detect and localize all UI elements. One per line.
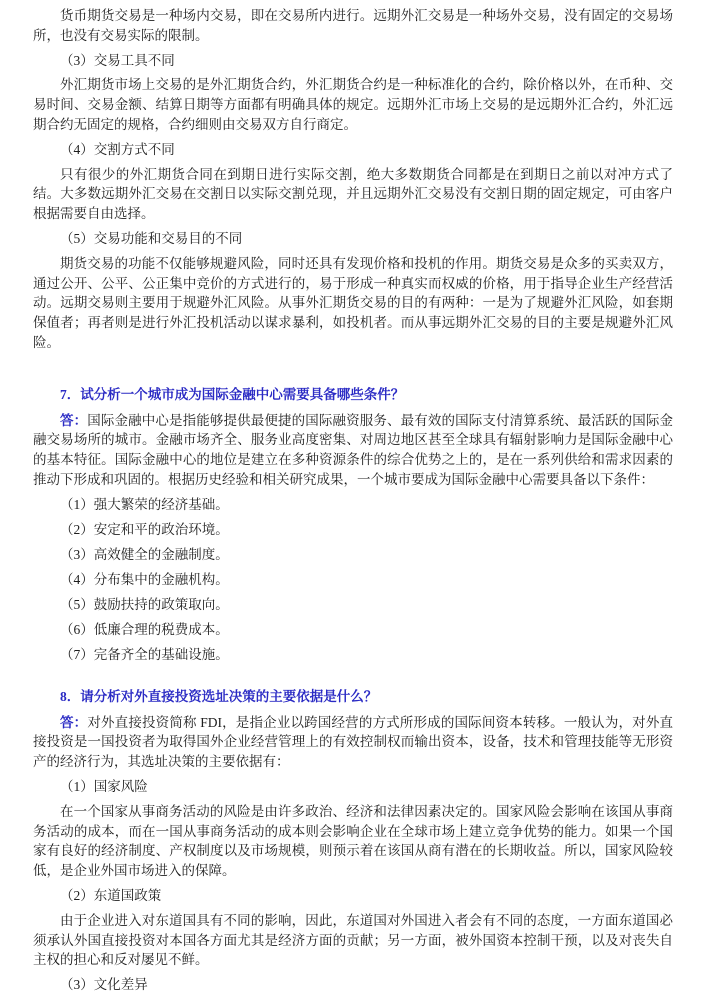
- subheading-host-country-policy: （2）东道国政策: [33, 886, 673, 906]
- paragraph-currency-futures: 货币期货交易是一种场内交易，即在交易所内进行。远期外汇交易是一种场外交易，没有固…: [33, 6, 673, 46]
- paragraph-host-country-policy: 由于企业进入对东道国具有不同的影响，因此，东道国对外国进入者会有不同的态度，一方…: [33, 911, 673, 970]
- question-7-heading: 7．试分析一个城市成为国际金融中心需要具备哪些条件？: [33, 385, 673, 405]
- list-item-4: （4）分布集中的金融机构。: [33, 567, 673, 592]
- subheading-difference-4: （4）交割方式不同: [33, 140, 673, 160]
- paragraph-trading-instruments: 外汇期货市场上交易的是外汇期货合约，外汇期货合约是一种标准化的合约，除价格以外，…: [33, 75, 673, 134]
- question-8-heading: 8．请分析对外直接投资选址决策的主要依据是什么？: [33, 687, 673, 707]
- subheading-difference-3: （3）交易工具不同: [33, 51, 673, 71]
- subheading-country-risk: （1）国家风险: [33, 777, 673, 797]
- answer-label: 答：: [60, 413, 87, 428]
- list-item-5: （5）鼓励扶持的政策取向。: [33, 592, 673, 617]
- answer-label: 答：: [60, 715, 87, 730]
- subheading-difference-5: （5）交易功能和交易目的不同: [33, 229, 673, 249]
- list-item-2: （2）安定和平的政治环境。: [33, 517, 673, 542]
- list-item-1: （1）强大繁荣的经济基础。: [33, 492, 673, 517]
- paragraph-delivery-method: 只有很少的外汇期货合同在到期日进行实际交割，绝大多数期货合同都是在到期日之前以对…: [33, 165, 673, 224]
- subheading-cultural-difference: （3）文化差异: [33, 975, 673, 995]
- document-page: 货币期货交易是一种场内交易，即在交易所内进行。远期外汇交易是一种场外交易，没有固…: [0, 0, 707, 995]
- conditions-list: （1）强大繁荣的经济基础。 （2）安定和平的政治环境。 （3）高效健全的金融制度…: [33, 492, 673, 667]
- paragraph-country-risk: 在一个国家从事商务活动的风险是由许多政治、经济和法律因素决定的。国家风险会影响在…: [33, 802, 673, 881]
- list-item-7: （7）完备齐全的基础设施。: [33, 642, 673, 667]
- answer-7-paragraph: 答：国际金融中心是指能够提供最便捷的国际融资服务、最有效的国际支付清算系统、最活…: [33, 411, 673, 490]
- answer-7-text: 国际金融中心是指能够提供最便捷的国际融资服务、最有效的国际支付清算系统、最活跃的…: [33, 413, 673, 487]
- list-item-3: （3）高效健全的金融制度。: [33, 542, 673, 567]
- paragraph-trading-purpose: 期货交易的功能不仅能够规避风险，同时还具有发现价格和投机的作用。期货交易是众多的…: [33, 254, 673, 353]
- answer-8-paragraph: 答：对外直接投资简称 FDI，是指企业以跨国经营的方式所形成的国际间资本转移。一…: [33, 713, 673, 772]
- list-item-6: （6）低廉合理的税费成本。: [33, 617, 673, 642]
- answer-8-text: 对外直接投资简称 FDI，是指企业以跨国经营的方式所形成的国际间资本转移。一般认…: [33, 715, 673, 770]
